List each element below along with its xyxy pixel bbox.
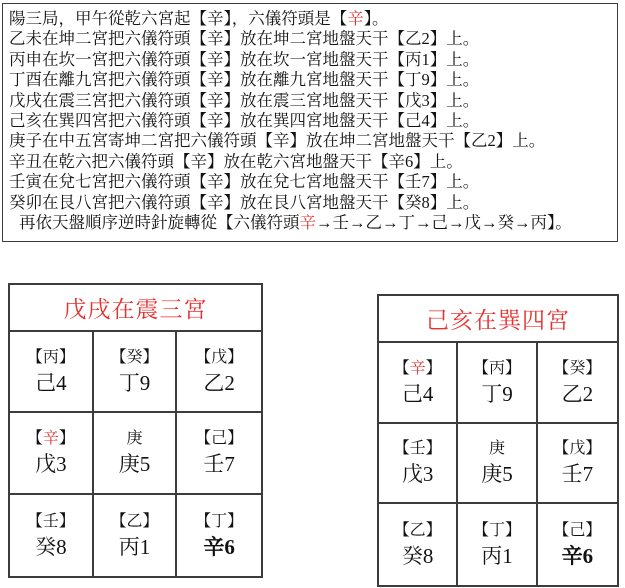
heaven-stem: 【戊】 bbox=[553, 437, 601, 461]
palace-cell: 【己】辛6 bbox=[538, 504, 617, 585]
text-segment: 再依天盤順序逆時針旋轉從【六儀符頭 bbox=[19, 213, 300, 232]
highlighted-stem: 辛 bbox=[43, 430, 59, 447]
heaven-stem: 【丁】 bbox=[195, 510, 243, 534]
highlighted-stem: 辛 bbox=[347, 9, 364, 28]
earth-stem: 乙2 bbox=[562, 381, 594, 408]
palace-cell: 庚庚5 bbox=[458, 424, 537, 505]
earth-stem: 戊3 bbox=[402, 461, 434, 488]
stem-char: 己 bbox=[211, 430, 227, 447]
stem-char: 己 bbox=[569, 522, 585, 539]
palace-cell: 【丁】丙1 bbox=[458, 504, 537, 585]
palace-cell: 【戊】壬7 bbox=[538, 424, 617, 505]
palace-grid: 【丙】己4【癸】丁9【戊】乙2【辛】戊3庚庚5【己】壬7【壬】癸8【乙】丙1【丁… bbox=[10, 332, 261, 576]
heaven-stem: 【壬】 bbox=[27, 510, 75, 534]
document-page: 陽三局，甲午從乾六宮起【辛】，六儀符頭是【辛】。乙未在坤二宮把六儀符頭【辛】放在… bbox=[0, 0, 625, 588]
palace-cell: 庚庚5 bbox=[94, 413, 178, 494]
palace-grid: 【辛】己4【丙】丁9【癸】乙2【壬】戊3庚庚5【戊】壬7【乙】癸8【丁】丙1【己… bbox=[379, 343, 617, 585]
earth-stem: 丁9 bbox=[119, 370, 151, 397]
earth-stem: 辛6 bbox=[203, 534, 235, 561]
rule-line: 再依天盤順序逆時針旋轉從【六儀符頭辛→壬→乙→丁→己→戊→癸→丙】。 bbox=[9, 213, 611, 233]
earth-stem: 丙1 bbox=[481, 543, 513, 570]
text-segment: 戊戌在震三宮把六儀符頭【辛】放在震三宮地盤天干【戊3】上。 bbox=[9, 91, 479, 110]
qimen-table-xun-4: 己亥在巽四宮 【辛】己4【丙】丁9【癸】乙2【壬】戊3庚庚5【戊】壬7【乙】癸8… bbox=[377, 294, 619, 587]
rule-line: 癸卯在艮八宮把六儀符頭【辛】放在艮八宮地盤天干【癸8】上。 bbox=[9, 193, 611, 213]
rule-line: 壬寅在兌七宮把六儀符頭【辛】放在兌七宮地盤天干【壬7】上。 bbox=[9, 172, 611, 192]
table-title: 戊戌在震三宮 bbox=[10, 285, 261, 332]
palace-cell: 【丙】丁9 bbox=[458, 343, 537, 424]
rule-line: 辛丑在乾六把六儀符頭【辛】放在乾六宮地盤天干【辛6】上。 bbox=[9, 152, 611, 172]
stem-char: 丙 bbox=[489, 360, 505, 377]
earth-stem: 庚5 bbox=[119, 451, 151, 478]
heaven-stem: 【丙】 bbox=[27, 346, 75, 370]
text-segment: 陽三局，甲午從乾六宮起【辛】，六儀符頭是【 bbox=[9, 9, 347, 28]
text-segment: →壬→乙→丁→己→戊→癸→丙】。 bbox=[316, 213, 572, 232]
rule-line: 丙申在坎一宮把六儀符頭【辛】放在坎一宮地盤天干【丙1】上。 bbox=[9, 50, 611, 70]
palace-cell: 【丙】己4 bbox=[10, 332, 94, 413]
heaven-stem: 【己】 bbox=[195, 427, 243, 451]
palace-cell: 【乙】癸8 bbox=[379, 504, 458, 585]
heaven-stem: 【乙】 bbox=[110, 510, 158, 534]
heaven-stem: 庚 bbox=[489, 437, 505, 461]
earth-stem: 辛6 bbox=[562, 543, 594, 570]
stem-char: 壬 bbox=[43, 513, 59, 530]
rule-line: 丁酉在離九宮把六儀符頭【辛】放在離九宮地盤天干【丁9】上。 bbox=[9, 70, 611, 90]
earth-stem: 壬7 bbox=[203, 451, 235, 478]
heaven-stem: 【癸】 bbox=[110, 346, 158, 370]
rule-line: 己亥在巽四宮把六儀符頭【辛】放在巽四宮地盤天干【己4】上。 bbox=[9, 111, 611, 131]
palace-cell: 【壬】癸8 bbox=[10, 495, 94, 576]
palace-cell: 【丁】辛6 bbox=[177, 495, 261, 576]
heaven-stem: 【壬】 bbox=[394, 437, 442, 461]
stem-char: 乙 bbox=[126, 513, 142, 530]
earth-stem: 壬7 bbox=[562, 461, 594, 488]
stem-char: 丁 bbox=[489, 522, 505, 539]
stem-char: 戊 bbox=[211, 349, 227, 366]
heaven-stem: 庚 bbox=[126, 427, 142, 451]
heaven-stem: 【己】 bbox=[553, 519, 601, 543]
palace-cell: 【乙】丙1 bbox=[94, 495, 178, 576]
text-segment: 辛丑在乾六把六儀符頭【辛】放在乾六宮地盤天干【辛6】上。 bbox=[9, 152, 463, 171]
rule-line: 戊戌在震三宮把六儀符頭【辛】放在震三宮地盤天干【戊3】上。 bbox=[9, 91, 611, 111]
stem-char: 乙 bbox=[410, 522, 426, 539]
earth-stem: 戊3 bbox=[35, 451, 67, 478]
palace-cell: 【癸】乙2 bbox=[538, 343, 617, 424]
earth-stem: 丁9 bbox=[481, 381, 513, 408]
earth-stem: 己4 bbox=[402, 381, 434, 408]
palace-cell: 【癸】丁9 bbox=[94, 332, 178, 413]
earth-stem: 己4 bbox=[35, 370, 67, 397]
earth-stem: 癸8 bbox=[402, 543, 434, 570]
stem-char: 癸 bbox=[126, 349, 142, 366]
text-segment: 丁酉在離九宮把六儀符頭【辛】放在離九宮地盤天干【丁9】上。 bbox=[9, 70, 479, 89]
stem-char: 戊 bbox=[569, 440, 585, 457]
heaven-stem: 【癸】 bbox=[553, 357, 601, 381]
stem-char: 丁 bbox=[211, 513, 227, 530]
earth-stem: 乙2 bbox=[203, 370, 235, 397]
stem-char: 丙 bbox=[43, 349, 59, 366]
rule-line: 庚子在中五宮寄坤二宮把六儀符頭【辛】放在坤二宮地盤天干【乙2】上。 bbox=[9, 131, 611, 151]
palace-cell: 【辛】戊3 bbox=[10, 413, 94, 494]
text-segment: 壬寅在兌七宮把六儀符頭【辛】放在兌七宮地盤天干【壬7】上。 bbox=[9, 172, 479, 191]
heaven-stem: 【丙】 bbox=[473, 357, 521, 381]
text-segment: 丙申在坎一宮把六儀符頭【辛】放在坎一宮地盤天干【丙1】上。 bbox=[9, 50, 479, 69]
heaven-stem: 【戊】 bbox=[195, 346, 243, 370]
text-segment: 癸卯在艮八宮把六儀符頭【辛】放在艮八宮地盤天干【癸8】上。 bbox=[9, 193, 479, 212]
rule-line: 陽三局，甲午從乾六宮起【辛】，六儀符頭是【辛】。 bbox=[9, 9, 611, 29]
highlighted-stem: 辛 bbox=[410, 360, 426, 377]
stem-char: 癸 bbox=[569, 360, 585, 377]
heaven-stem: 【辛】 bbox=[394, 357, 442, 381]
heaven-stem: 【乙】 bbox=[394, 519, 442, 543]
text-segment: 乙未在坤二宮把六儀符頭【辛】放在坤二宮地盤天干【乙2】上。 bbox=[9, 29, 479, 48]
palace-cell: 【戊】乙2 bbox=[177, 332, 261, 413]
stem-char: 壬 bbox=[410, 440, 426, 457]
earth-stem: 庚5 bbox=[481, 461, 513, 488]
earth-stem: 丙1 bbox=[119, 534, 151, 561]
text-segment: 己亥在巽四宮把六儀符頭【辛】放在巽四宮地盤天干【己4】上。 bbox=[9, 111, 479, 130]
text-segment: 】。 bbox=[364, 9, 389, 28]
text-segment: 庚子在中五宮寄坤二宮把六儀符頭【辛】放在坤二宮地盤天干【乙2】上。 bbox=[9, 131, 545, 150]
table-title: 己亥在巽四宮 bbox=[379, 296, 617, 343]
qimen-table-zhen-3: 戊戌在震三宮 【丙】己4【癸】丁9【戊】乙2【辛】戊3庚庚5【己】壬7【壬】癸8… bbox=[8, 283, 263, 578]
palace-cell: 【己】壬7 bbox=[177, 413, 261, 494]
rule-line: 乙未在坤二宮把六儀符頭【辛】放在坤二宮地盤天干【乙2】上。 bbox=[9, 29, 611, 49]
rules-panel: 陽三局，甲午從乾六宮起【辛】，六儀符頭是【辛】。乙未在坤二宮把六儀符頭【辛】放在… bbox=[2, 3, 618, 242]
heaven-stem: 【丁】 bbox=[473, 519, 521, 543]
palace-cell: 【壬】戊3 bbox=[379, 424, 458, 505]
palace-cell: 【辛】己4 bbox=[379, 343, 458, 424]
earth-stem: 癸8 bbox=[35, 534, 67, 561]
heaven-stem: 【辛】 bbox=[27, 427, 75, 451]
highlighted-stem: 辛 bbox=[300, 213, 317, 232]
